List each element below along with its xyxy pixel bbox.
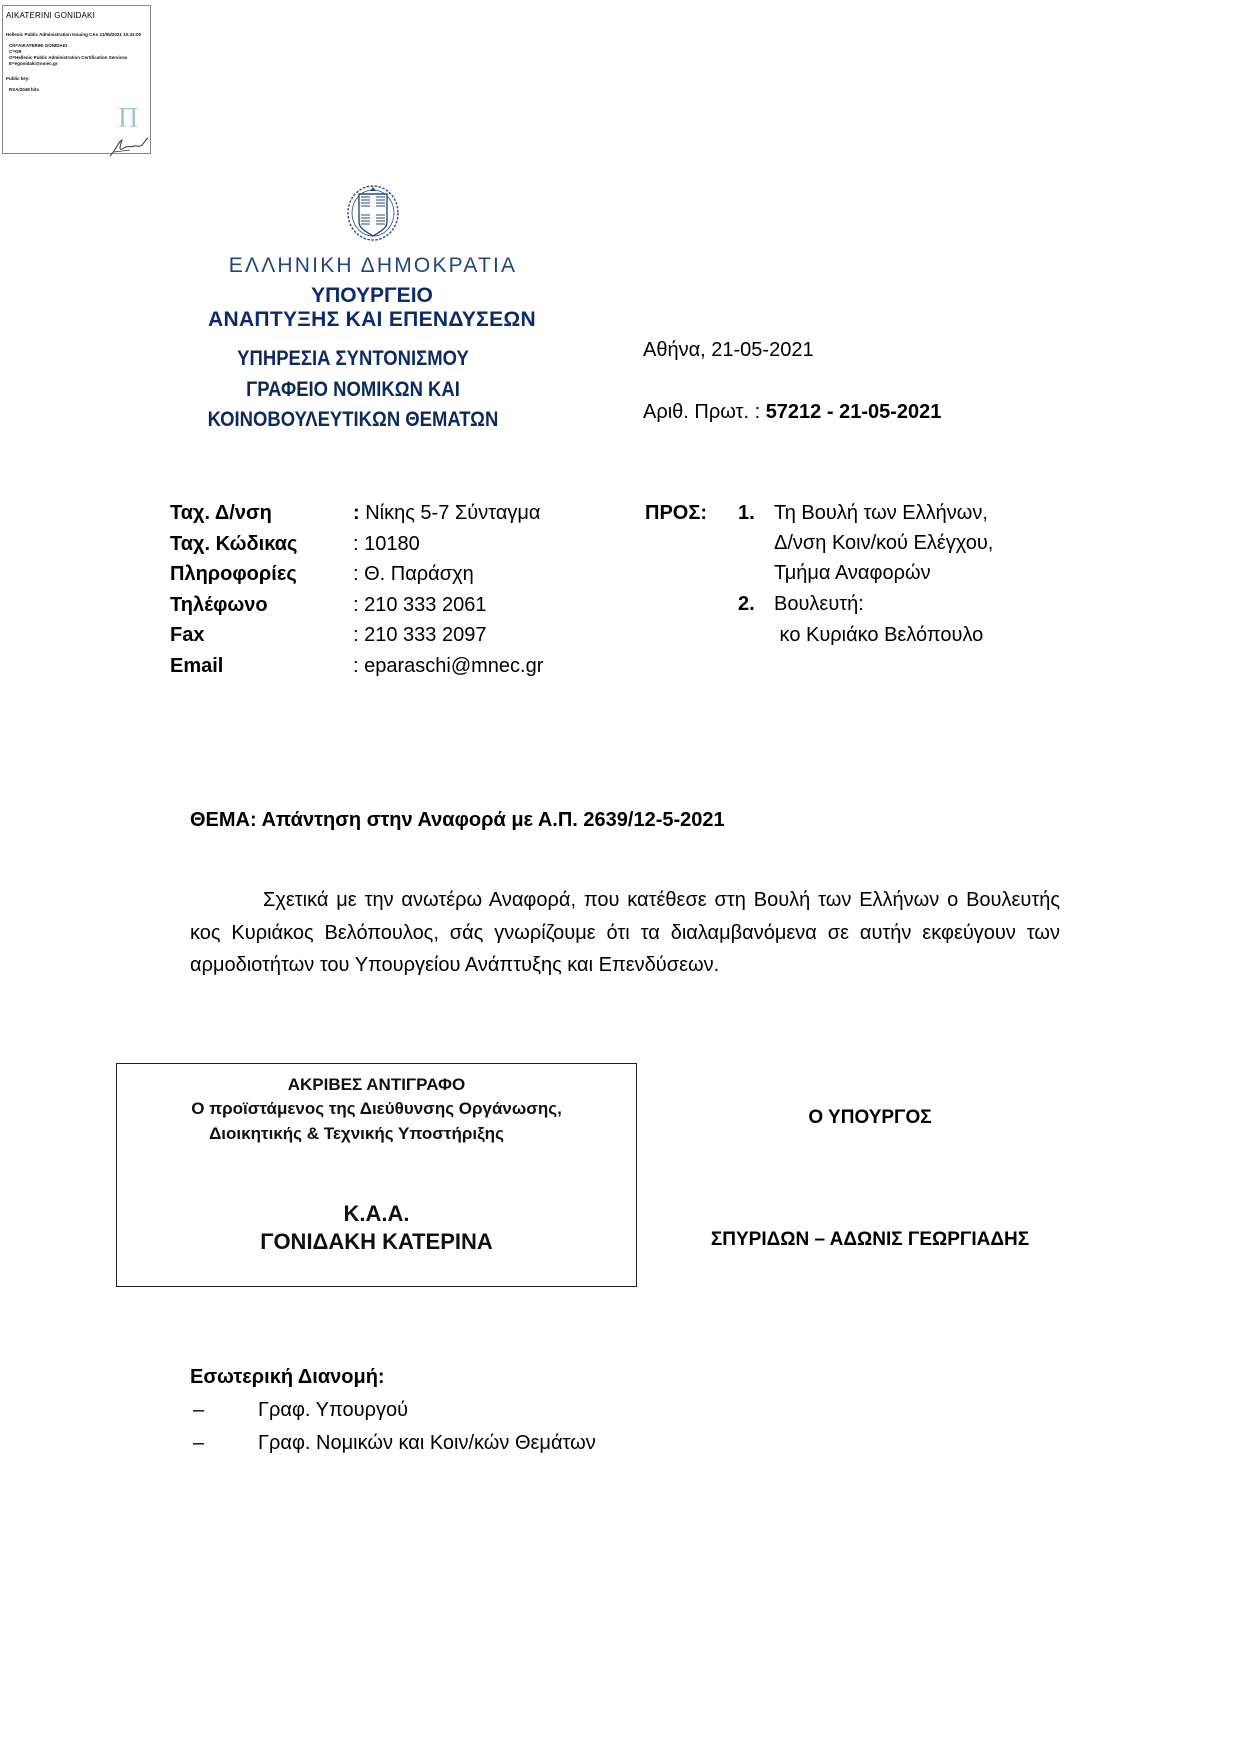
signature-issuer: Hellenic Public Administration Issuing C…	[6, 32, 141, 37]
digital-signature-stamp: AIKATERINI GONIDAKI Hellenic Public Admi…	[2, 5, 151, 154]
ministry-title-line1: ΥΠΟΥΡΓΕΙΟ	[183, 284, 561, 308]
recipients-label: ΠΡΟΣ:	[645, 502, 707, 525]
place-date: Αθήνα, 21-05-2021	[643, 339, 814, 362]
service-line-1: ΥΠΗΡΕΣΙΑ ΣΥΝΤΟΝΙΣΜΟΥ	[192, 347, 514, 371]
recipient-2-number: 2.	[738, 593, 755, 616]
contact-value-address: : Νίκης 5-7 Σύνταγμα	[353, 502, 540, 525]
signatory-name: ΣΠΥΡΙΔΩΝ – ΑΔΩΝΙΣ ΓΕΩΡΓΙΑΔΗΣ	[670, 1229, 1070, 1251]
signature-email: E=egonidaki@mnec.gr	[9, 61, 58, 66]
recipient-2-line-2: κο Κυριάκο Βελόπουλο	[774, 624, 983, 647]
signature-org: O=Hellenic Public Administration Certifi…	[9, 55, 127, 60]
public-key-label: Public key:	[6, 76, 30, 81]
distribution-bullet: –	[193, 1432, 204, 1455]
recipient-1-line-1: Τη Βουλή των Ελλήνων,	[774, 502, 988, 525]
contact-label-phone: Τηλέφωνο	[170, 594, 268, 617]
recipient-1-line-3: Τμήμα Αναφορών	[774, 562, 931, 585]
contact-label-fax: Fax	[170, 624, 204, 647]
contact-value-phone: : 210 333 2061	[353, 594, 486, 617]
recipient-2-line-1: Βουλευτή:	[774, 593, 864, 616]
handwritten-signature-icon	[108, 136, 150, 158]
contact-value-email[interactable]: : eparaschi@mnec.gr	[353, 655, 543, 678]
recipient-1-line-2: Δ/νση Κοιν/κού Ελέγχου,	[774, 532, 993, 555]
certified-copy-name: ΓΟΝΙΔΑΚΗ ΚΑΤΕΡΙΝΑ	[117, 1229, 636, 1255]
contact-label-info: Πληροφορίες	[170, 563, 297, 586]
ministry-title-line2: ΑΝΑΠΤΥΞΗΣ ΚΑΙ ΕΠΕΝΔΥΣΕΩΝ	[183, 308, 561, 332]
signer-name: AIKATERINI GONIDAKI	[6, 11, 95, 20]
signature-country: C=GR	[9, 49, 22, 54]
certified-copy-box: ΑΚΡΙΒΕΣ ΑΝΤΙΓΡΑΦΟ Ο προϊστάμενος της Διε…	[116, 1063, 637, 1287]
distribution-item: Γραφ. Νομικών και Κοιν/κών Θεμάτων	[258, 1432, 596, 1455]
service-line-3: ΚΟΙΝΟΒΟΥΛΕΥΤΙΚΩΝ ΘΕΜΑΤΩΝ	[192, 408, 514, 432]
public-key-value: RSA/2048 bits	[9, 87, 39, 92]
body-text: Σχετικά με την ανωτέρω Αναφορά, που κατέ…	[190, 889, 1060, 976]
certified-copy-abbr: Κ.Α.Α.	[117, 1201, 636, 1227]
contact-value-postcode: : 10180	[353, 533, 420, 556]
protocol-label: Αριθ. Πρωτ. :	[643, 401, 766, 423]
protocol-value: 57212 - 21-05-2021	[766, 401, 942, 423]
signature-cn: CN=AIKATERINI GONIDAKI	[9, 43, 67, 48]
distribution-item: Γραφ. Υπουργού	[258, 1399, 408, 1422]
contact-label-postcode: Ταχ. Κώδικας	[170, 533, 297, 556]
contact-value-info: : Θ. Παράσχη	[353, 563, 474, 586]
distribution-title: Εσωτερική Διανομή:	[190, 1366, 385, 1389]
greek-coat-of-arms-icon	[343, 182, 403, 244]
contact-label-email: Email	[170, 655, 223, 678]
recipient-1-number: 1.	[738, 502, 755, 525]
certified-copy-role-line1: Ο προϊστάμενος της Διεύθυνσης Οργάνωσης,	[117, 1099, 636, 1119]
pi-logo-icon: Π	[118, 103, 138, 135]
body-paragraph: Σχετικά με την ανωτέρω Αναφορά, που κατέ…	[190, 884, 1060, 982]
contact-label-address: Ταχ. Δ/νση	[170, 502, 272, 525]
contact-value-fax: : 210 333 2097	[353, 624, 486, 647]
certified-copy-title: ΑΚΡΙΒΕΣ ΑΝΤΙΓΡΑΦΟ	[117, 1075, 636, 1095]
certified-copy-role-line2: Διοικητικής & Τεχνικής Υποστήριξης	[97, 1124, 616, 1144]
service-line-2: ΓΡΑΦΕΙΟ ΝΟΜΙΚΩΝ ΚΑΙ	[192, 378, 514, 402]
signatory-title: Ο ΥΠΟΥΡΓΟΣ	[670, 1107, 1070, 1129]
distribution-bullet: –	[193, 1399, 204, 1422]
subject-line: ΘΕΜΑ: Απάντηση στην Αναφορά με Α.Π. 2639…	[190, 809, 725, 832]
address-text: Νίκης 5-7 Σύνταγμα	[360, 502, 541, 524]
protocol-number: Αριθ. Πρωτ. : 57212 - 21-05-2021	[643, 401, 941, 424]
republic-title: ΕΛΛΗΝΙΚΗ ΔΗΜΟΚΡΑΤΙΑ	[223, 254, 523, 278]
